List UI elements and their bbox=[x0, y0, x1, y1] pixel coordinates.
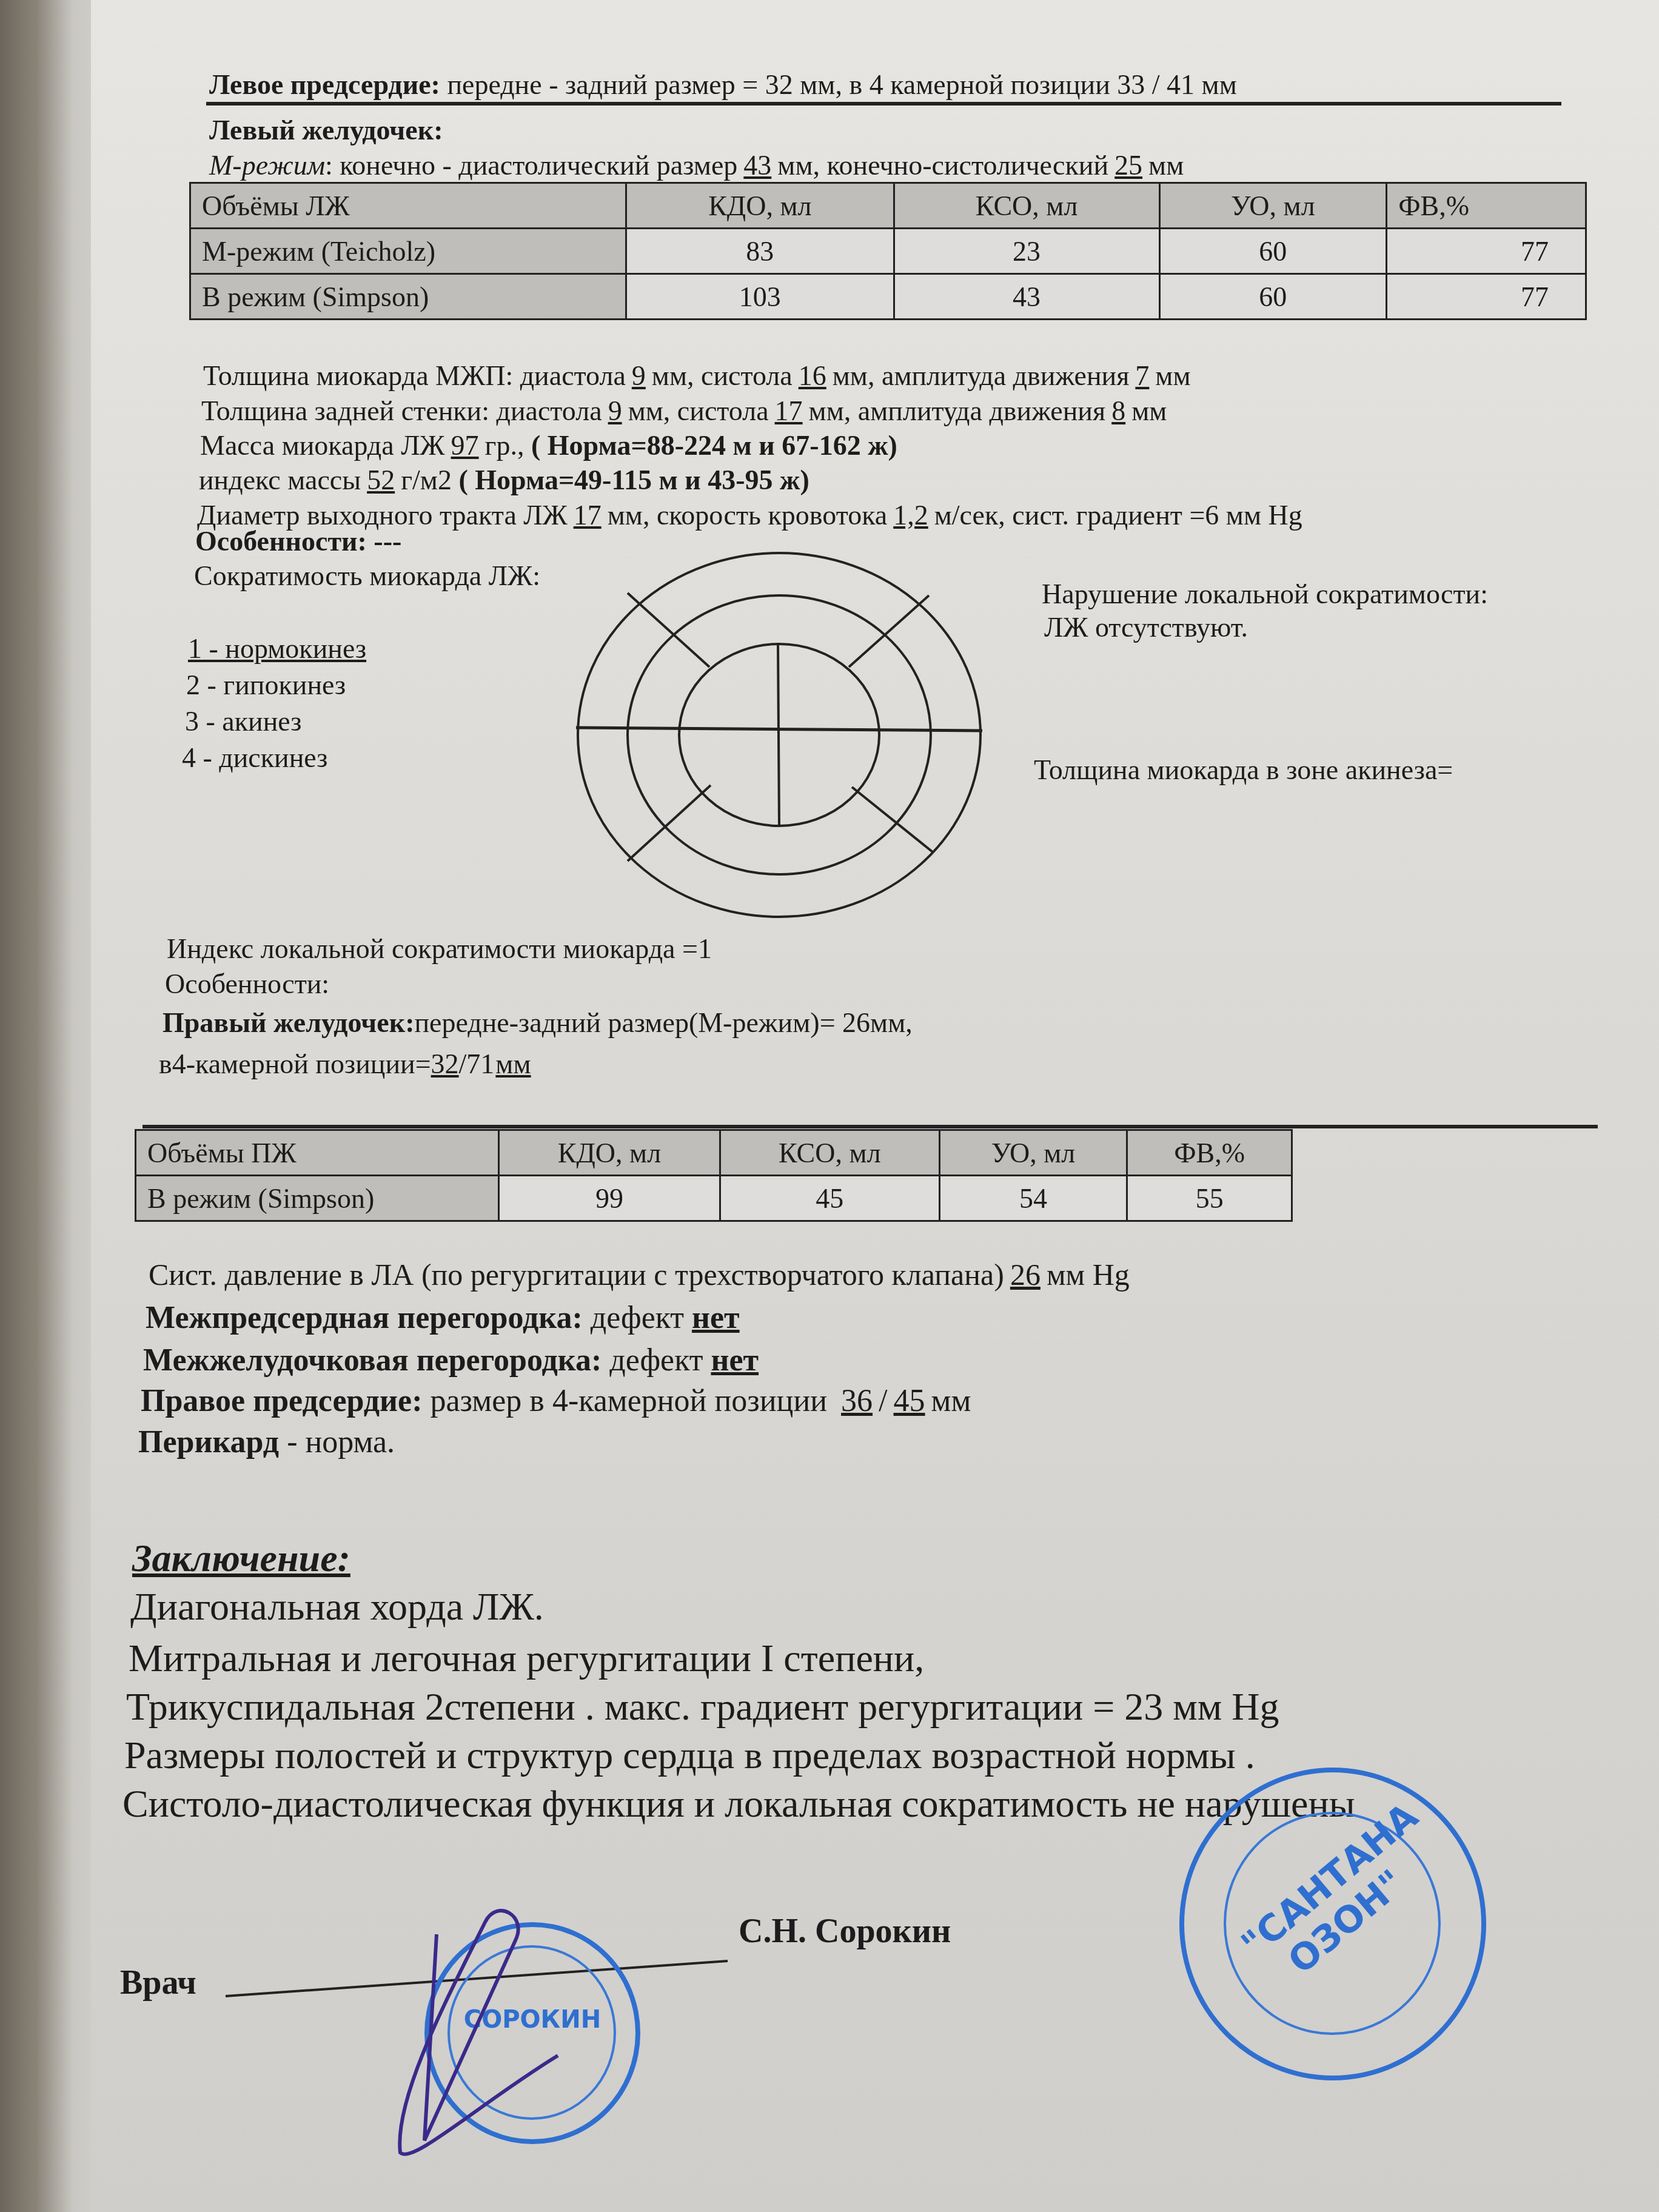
left-atrium-label: Левое предсердие: bbox=[209, 69, 440, 100]
lv-mass-norm: ( Норма=88-224 м и 67-162 ж) bbox=[531, 430, 897, 461]
table-header: КСО, мл bbox=[894, 183, 1159, 229]
conclusion-line: Митральная и легочная регургитации I сте… bbox=[129, 1637, 924, 1680]
mass-index-norm: ( Норма=49-115 м и 43-95 ж) bbox=[458, 464, 809, 495]
unit: мм bbox=[1131, 395, 1167, 426]
left-ventricle-label: Левый желудочек: bbox=[209, 115, 443, 146]
unit: мм bbox=[494, 1048, 532, 1079]
table-cell: 55 bbox=[1127, 1176, 1292, 1221]
pw-diastole-value: 9 bbox=[602, 395, 628, 426]
label: Сист. давление в ЛА (по регургитации с т… bbox=[149, 1258, 1004, 1292]
label: мм, систола bbox=[628, 395, 769, 426]
asd-line: Межпредсердная перегородка: дефект нет bbox=[146, 1301, 740, 1335]
unit: мм bbox=[1155, 360, 1190, 391]
right-ventricle-text: передне-задний размер(М-режим)= 26мм, bbox=[414, 1007, 912, 1038]
label: дефект bbox=[609, 1343, 703, 1378]
mass-index-line: индекс массы52г/м2 ( Норма=49-115 м и 43… bbox=[199, 465, 809, 496]
mmode-text: : конечно - диастолический размер bbox=[325, 150, 737, 181]
table-header: КСО, мл bbox=[720, 1130, 939, 1176]
features-label: Особенности: bbox=[195, 526, 367, 557]
mmode-unit: мм bbox=[1148, 150, 1184, 181]
table-cell: М-режим (Teicholz) bbox=[190, 229, 626, 274]
table-header-row: Объёмы ЛЖ КДО, мл КСО, мл УО, мл ФВ,% bbox=[190, 183, 1586, 229]
label: мм, систола bbox=[652, 360, 793, 391]
label: мм, амплитуда движения bbox=[809, 395, 1106, 426]
table-row: В режим (Simpson) 99 45 54 55 bbox=[136, 1176, 1292, 1221]
ra-value: 36 bbox=[835, 1384, 879, 1418]
table-cell: 103 bbox=[626, 274, 894, 320]
table-cell: 83 bbox=[626, 229, 894, 274]
section-divider bbox=[142, 1125, 1598, 1128]
asd-label: Межпредсердная перегородка: bbox=[146, 1301, 583, 1335]
local-violation-label: Нарушение локальной сократимости: bbox=[1042, 579, 1488, 610]
rv-four-chamber-value: /71 bbox=[459, 1048, 495, 1079]
legend-item: 2 - гипокинез bbox=[186, 670, 346, 701]
table-header: УО, мл bbox=[1159, 183, 1387, 229]
label: индекс массы bbox=[199, 464, 361, 495]
label: мм, скорость кровотока bbox=[608, 500, 888, 531]
contractility-features: Особенности: bbox=[165, 969, 329, 1000]
bullseye-diagram bbox=[570, 546, 994, 922]
table-cell: В режим (Simpson) bbox=[190, 274, 626, 320]
unit: гр., bbox=[485, 430, 525, 461]
legend-item: 4 - дискинез bbox=[182, 743, 328, 774]
doctor-name: С.Н. Сорокин bbox=[739, 1913, 951, 1951]
pa-pressure-line: Сист. давление в ЛА (по регургитации с т… bbox=[149, 1258, 1130, 1292]
asd-value: нет bbox=[692, 1301, 740, 1335]
ivs-diastole-value: 9 bbox=[626, 360, 652, 391]
section-divider bbox=[206, 102, 1561, 106]
table-cell: 54 bbox=[939, 1176, 1127, 1221]
mmode-label: М-режим bbox=[209, 150, 325, 181]
rv-four-chamber-value: 32 bbox=[431, 1048, 459, 1079]
pericardium-value: - норма. bbox=[279, 1425, 395, 1460]
lv-mmode-line: М-режим: конечно - диастолический размер… bbox=[209, 150, 1184, 181]
vsd-label: Межжелудочковая перегородка: bbox=[143, 1343, 602, 1378]
lv-edd-value: 43 bbox=[737, 150, 777, 181]
lv-volumes-table: Объёмы ЛЖ КДО, мл КСО, мл УО, мл ФВ,% М-… bbox=[189, 182, 1587, 320]
ra-value: 45 bbox=[888, 1384, 931, 1418]
right-atrium-label: Правое предсердие: bbox=[141, 1384, 422, 1418]
handwritten-signature bbox=[358, 1898, 612, 2159]
table-row: М-режим (Teicholz) 83 23 60 77 bbox=[190, 229, 1586, 274]
table-header: КДО, мл bbox=[499, 1130, 720, 1176]
conclusion-line: Диагональная хорда ЛЖ. bbox=[130, 1586, 544, 1628]
rv-volumes-table: Объёмы ПЖ КДО, мл КСО, мл УО, мл ФВ,% В … bbox=[135, 1129, 1293, 1222]
pa-pressure-value: 26 bbox=[1004, 1258, 1047, 1292]
legend-item: 1 - нормокинез bbox=[188, 634, 366, 665]
label: Толщина задней стенки: диастола bbox=[201, 395, 602, 426]
pericardium-line: Перикард - норма. bbox=[138, 1425, 395, 1460]
table-cell: 43 bbox=[894, 274, 1159, 320]
rv-four-chamber-line: в4-камерной позиции=32/71мм bbox=[159, 1049, 532, 1080]
features-value: --- bbox=[374, 526, 401, 557]
lv-features-line: Особенности: --- bbox=[195, 526, 401, 557]
lv-mass-value: 97 bbox=[445, 430, 485, 461]
table-cell: 77 bbox=[1387, 229, 1586, 274]
table-header: Объёмы ПЖ bbox=[136, 1130, 499, 1176]
ivs-thickness-line: Толщина миокарда МЖП: диастола9мм, систо… bbox=[203, 361, 1191, 392]
label: дефект bbox=[591, 1301, 684, 1335]
organization-stamp: "САНТАНА ОЗОН" bbox=[1179, 1768, 1486, 2080]
conclusion-line: Систоло-диастолическая функция и локальн… bbox=[122, 1783, 1355, 1825]
left-atrium-line: Левое предсердие: передне - задний разме… bbox=[209, 70, 1237, 101]
table-row: В режим (Simpson) 103 43 60 77 bbox=[190, 274, 1586, 320]
table-header: ФВ,% bbox=[1387, 183, 1586, 229]
conclusion-line: Размеры полостей и структур сердца в пре… bbox=[124, 1734, 1255, 1777]
unit: мм bbox=[931, 1384, 971, 1418]
ivs-systole-value: 16 bbox=[793, 360, 833, 391]
table-cell: 77 bbox=[1387, 274, 1586, 320]
table-cell: В режим (Simpson) bbox=[136, 1176, 499, 1221]
posterior-wall-line: Толщина задней стенки: диастола9мм, сист… bbox=[201, 396, 1167, 427]
left-atrium-text: передне - задний размер = 32 мм, в 4 кам… bbox=[447, 69, 1236, 100]
label: Толщина миокарда МЖП: диастола bbox=[203, 360, 626, 391]
conclusion-title: Заключение: bbox=[132, 1537, 350, 1580]
lv-mass-line: Масса миокарда ЛЖ97гр., ( Норма=88-224 м… bbox=[200, 431, 897, 461]
legend-item: 3 - акинез bbox=[185, 706, 301, 737]
label: Масса миокарда ЛЖ bbox=[200, 430, 445, 461]
velocity-value: 1,2 bbox=[887, 500, 934, 531]
conclusion-line: Трикуспидальная 2степени . макс. градиен… bbox=[126, 1686, 1279, 1728]
pw-amplitude-value: 8 bbox=[1105, 395, 1131, 426]
unit: мм Hg bbox=[1047, 1258, 1130, 1292]
local-violation-value: ЛЖ отсутствуют. bbox=[1044, 612, 1248, 643]
unit: г/м2 bbox=[401, 464, 452, 495]
table-header: ФВ,% bbox=[1127, 1130, 1292, 1176]
table-cell: 60 bbox=[1159, 229, 1387, 274]
table-header: КДО, мл bbox=[626, 183, 894, 229]
contractility-title: Сократимость миокарда ЛЖ: bbox=[194, 561, 540, 592]
table-header: Объёмы ЛЖ bbox=[190, 183, 626, 229]
right-atrium-line: Правое предсердие: размер в 4-камерной п… bbox=[141, 1384, 971, 1418]
ivs-amplitude-value: 7 bbox=[1129, 360, 1155, 391]
label: размер в 4-камерной позиции bbox=[430, 1384, 827, 1418]
label: м/сек, сист. градиент =6 мм Hg bbox=[934, 500, 1302, 531]
table-header-row: Объёмы ПЖ КДО, мл КСО, мл УО, мл ФВ,% bbox=[136, 1130, 1292, 1176]
table-header: УО, мл bbox=[939, 1130, 1127, 1176]
lv-esd-value: 25 bbox=[1108, 150, 1148, 181]
right-ventricle-line: Правый желудочек:передне-задний размер(М… bbox=[163, 1008, 913, 1039]
label: мм, амплитуда движения bbox=[833, 360, 1130, 391]
mass-index-value: 52 bbox=[361, 464, 401, 495]
table-cell: 23 bbox=[894, 229, 1159, 274]
mmode-text: мм, конечно-систолический bbox=[777, 150, 1108, 181]
pericardium-label: Перикард bbox=[138, 1425, 279, 1460]
lvot-value: 17 bbox=[568, 500, 608, 531]
table-cell: 45 bbox=[720, 1176, 939, 1221]
label: в4-камерной позиции= bbox=[159, 1048, 431, 1079]
akinesis-thickness: Толщина миокарда в зоне акинеза= bbox=[1034, 755, 1453, 786]
vsd-value: нет bbox=[711, 1343, 759, 1378]
vsd-line: Межжелудочковая перегородка: дефект нет bbox=[143, 1343, 759, 1378]
local-contractility-index: Индекс локальной сократимости миокарда =… bbox=[167, 934, 712, 965]
doctor-label: Врач bbox=[120, 1965, 196, 2002]
pw-systole-value: 17 bbox=[769, 395, 809, 426]
table-cell: 99 bbox=[499, 1176, 720, 1221]
right-ventricle-label: Правый желудочек: bbox=[163, 1007, 414, 1038]
table-cell: 60 bbox=[1159, 274, 1387, 320]
